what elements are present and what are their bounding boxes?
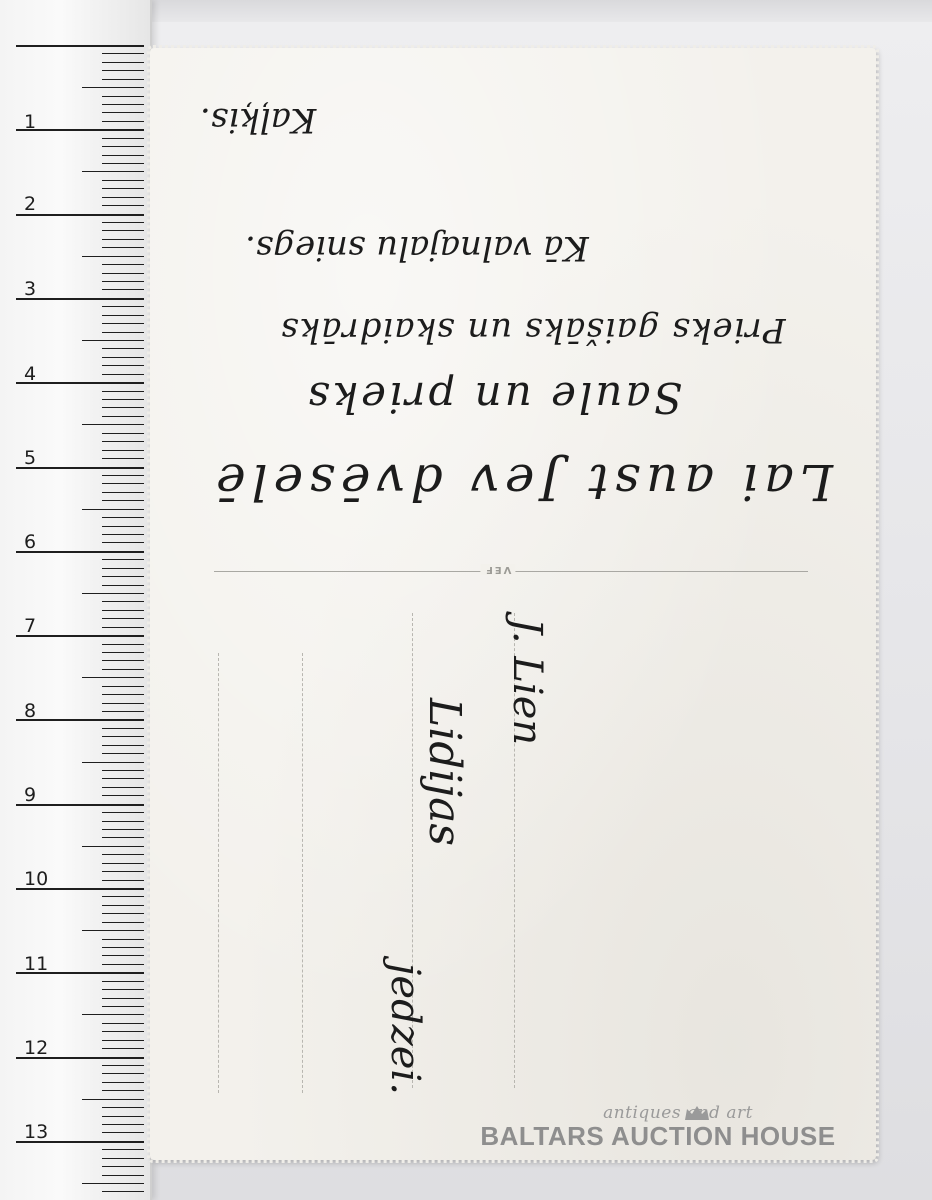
ruler-label: 7 (24, 617, 36, 636)
ruler-tick (102, 188, 144, 189)
ruler-tick (16, 1057, 144, 1059)
ruler-label: 12 (24, 1039, 48, 1058)
ruler-tick (102, 273, 144, 274)
ruler-tick (82, 593, 144, 594)
ruler-tick (102, 1175, 144, 1176)
address-guide-line (218, 653, 219, 1093)
ruler-tick (102, 1149, 144, 1150)
ruler-tick (102, 998, 144, 999)
ruler-tick (102, 939, 144, 940)
ruler-tick (102, 686, 144, 687)
ruler-tick (102, 315, 144, 316)
ruler-tick (82, 930, 144, 931)
ruler-tick (102, 576, 144, 577)
ruler-label: 3 (24, 280, 36, 299)
watermark-brand: BALTARS AUCTION HOUSE (458, 1121, 858, 1152)
ruler-tick (82, 762, 144, 763)
ruler-tick (102, 896, 144, 897)
ruler-tick (102, 1166, 144, 1167)
ruler-tick (102, 880, 144, 881)
ruler-tick (102, 458, 144, 459)
ruler-tick (102, 871, 144, 872)
ruler-tick (102, 357, 144, 358)
ruler-tick (102, 205, 144, 206)
ruler-tick (82, 424, 144, 425)
ruler-tick (102, 526, 144, 527)
ruler-tick (102, 542, 144, 543)
ruler-tick (102, 433, 144, 434)
ruler-tick (102, 644, 144, 645)
ruler-tick (102, 500, 144, 501)
crown-icon (684, 1105, 710, 1121)
ruler-tick (102, 1124, 144, 1125)
watermark: antiques and art BALTARS AUCTION HOUSE (458, 1103, 858, 1152)
ruler-tick (102, 450, 144, 451)
ruler-tick (82, 846, 144, 847)
ruler-tick (102, 753, 144, 754)
ruler-label: 9 (24, 786, 36, 805)
ruler-tick (102, 348, 144, 349)
ruler-tick (102, 837, 144, 838)
ruler-tick (102, 1082, 144, 1083)
ruler-tick (16, 804, 144, 806)
ruler-tick (102, 365, 144, 366)
ruler-tick (102, 728, 144, 729)
address-line: jedzei. (382, 963, 428, 1095)
ruler-label: 2 (24, 195, 36, 214)
ruler-tick (102, 854, 144, 855)
ruler-tick (102, 399, 144, 400)
ruler-tick (102, 323, 144, 324)
ruler-tick (16, 551, 144, 553)
ruler-tick (102, 146, 144, 147)
ruler-tick (102, 416, 144, 417)
ruler-label: 13 (24, 1123, 48, 1142)
ruler-tick (102, 180, 144, 181)
ruler-tick (82, 1014, 144, 1015)
message-line: Kā valnajalu sniegs. (245, 228, 589, 268)
ruler-tick (102, 964, 144, 965)
ruler-tick (102, 79, 144, 80)
ruler-tick (102, 669, 144, 670)
ruler-tick (102, 374, 144, 375)
ruler-tick (102, 138, 144, 139)
ruler-tick (16, 888, 144, 890)
ruler-tick (82, 87, 144, 88)
ruler-tick (102, 62, 144, 63)
ruler-tick (16, 214, 144, 216)
ruler-tick (102, 947, 144, 948)
ruler-tick (102, 1048, 144, 1049)
ruler-tick (82, 256, 144, 257)
ruler-tick (102, 1158, 144, 1159)
ruler-tick (102, 230, 144, 231)
ruler-tick (102, 745, 144, 746)
ruler-label: 10 (24, 870, 48, 889)
ruler-tick (102, 391, 144, 392)
ruler-tick (16, 298, 144, 300)
ruler-tick (102, 407, 144, 408)
ruler-tick (102, 104, 144, 105)
ruler-tick (102, 955, 144, 956)
ruler-tick (102, 1116, 144, 1117)
ruler-tick (82, 171, 144, 172)
ruler-tick (16, 972, 144, 974)
ruler-tick (102, 483, 144, 484)
ruler-tick (102, 332, 144, 333)
ruler-tick (102, 905, 144, 906)
ruler-tick (102, 812, 144, 813)
ruler-label: 5 (24, 449, 36, 468)
ruler-label: 8 (24, 702, 36, 721)
ruler-tick (102, 96, 144, 97)
ruler-tick (102, 264, 144, 265)
ruler-tick (102, 627, 144, 628)
ruler-tick (102, 1031, 144, 1032)
ruler-tick (16, 1141, 144, 1143)
ruler-tick (102, 568, 144, 569)
ruler-tick (102, 829, 144, 830)
ruler-tick (102, 1132, 144, 1133)
ruler-tick (102, 112, 144, 113)
ruler-tick (102, 53, 144, 54)
ruler-tick (16, 45, 144, 47)
ruler-tick (102, 821, 144, 822)
ruler-tick (102, 197, 144, 198)
ruler-tick (16, 719, 144, 721)
ruler-tick (102, 736, 144, 737)
ruler-tick (102, 601, 144, 602)
ruler-tick (102, 694, 144, 695)
ruler-tick (102, 559, 144, 560)
ruler-tick (102, 863, 144, 864)
address-line: J. Lien (504, 618, 550, 745)
message-line: Saule un prieks (305, 373, 682, 422)
ruler-tick (82, 677, 144, 678)
ruler: 1 2 3 4 5 6 7 8 9 10 11 12 13 (0, 0, 152, 1200)
ruler-tick (82, 340, 144, 341)
postcard: VEF Kaļķis. Kā valnajalu sniegs. Prieks … (150, 48, 876, 1160)
ruler-tick (102, 281, 144, 282)
ruler-tick (102, 981, 144, 982)
ruler-tick (82, 1099, 144, 1100)
ruler-tick (102, 770, 144, 771)
ruler-tick (102, 163, 144, 164)
message-line: Prieks gaišāks un skaidrāks (280, 310, 786, 350)
ruler-tick (102, 239, 144, 240)
ruler-tick (102, 1065, 144, 1066)
ruler-tick (16, 467, 144, 469)
ruler-tick (102, 517, 144, 518)
address-guide-line (302, 653, 303, 1093)
ruler-tick (102, 534, 144, 535)
ruler-tick (102, 1023, 144, 1024)
ruler-tick (102, 913, 144, 914)
ruler-label: 11 (24, 955, 48, 974)
ruler-tick (82, 509, 144, 510)
postcard-printed-mark: VEF (480, 564, 515, 575)
ruler-tick (102, 222, 144, 223)
ruler-tick (102, 610, 144, 611)
ruler-tick (102, 1191, 144, 1192)
ruler-tick (102, 306, 144, 307)
ruler-tick (102, 1107, 144, 1108)
ruler-tick (102, 475, 144, 476)
ruler-tick (102, 1090, 144, 1091)
ruler-tick (82, 1183, 144, 1184)
ruler-tick (102, 618, 144, 619)
ruler-tick (102, 795, 144, 796)
ruler-tick (16, 635, 144, 637)
message-line-signature: Kaļķis. (200, 100, 316, 140)
ruler-tick (102, 1006, 144, 1007)
ruler-tick (102, 492, 144, 493)
ruler-tick (102, 289, 144, 290)
ruler-tick (102, 585, 144, 586)
ruler-tick (102, 70, 144, 71)
ruler-tick (102, 1073, 144, 1074)
watermark-tagline: antiques and art (498, 1103, 858, 1123)
ruler-tick (102, 787, 144, 788)
ruler-tick (16, 382, 144, 384)
message-line: Lai aust Jev dvēselē (210, 453, 833, 511)
ruler-tick (102, 922, 144, 923)
ruler-tick (102, 703, 144, 704)
background-top-strip (150, 0, 932, 22)
ruler-label: 6 (24, 533, 36, 552)
ruler-tick (102, 652, 144, 653)
ruler-label: 4 (24, 365, 36, 384)
ruler-tick (102, 711, 144, 712)
ruler-tick (102, 1040, 144, 1041)
ruler-tick (102, 778, 144, 779)
ruler-tick (102, 660, 144, 661)
ruler-tick (16, 129, 144, 131)
ruler-tick (102, 155, 144, 156)
ruler-tick (102, 121, 144, 122)
ruler-tick (102, 989, 144, 990)
ruler-tick (102, 247, 144, 248)
address-line: Lidijas (419, 698, 470, 846)
ruler-tick (102, 441, 144, 442)
